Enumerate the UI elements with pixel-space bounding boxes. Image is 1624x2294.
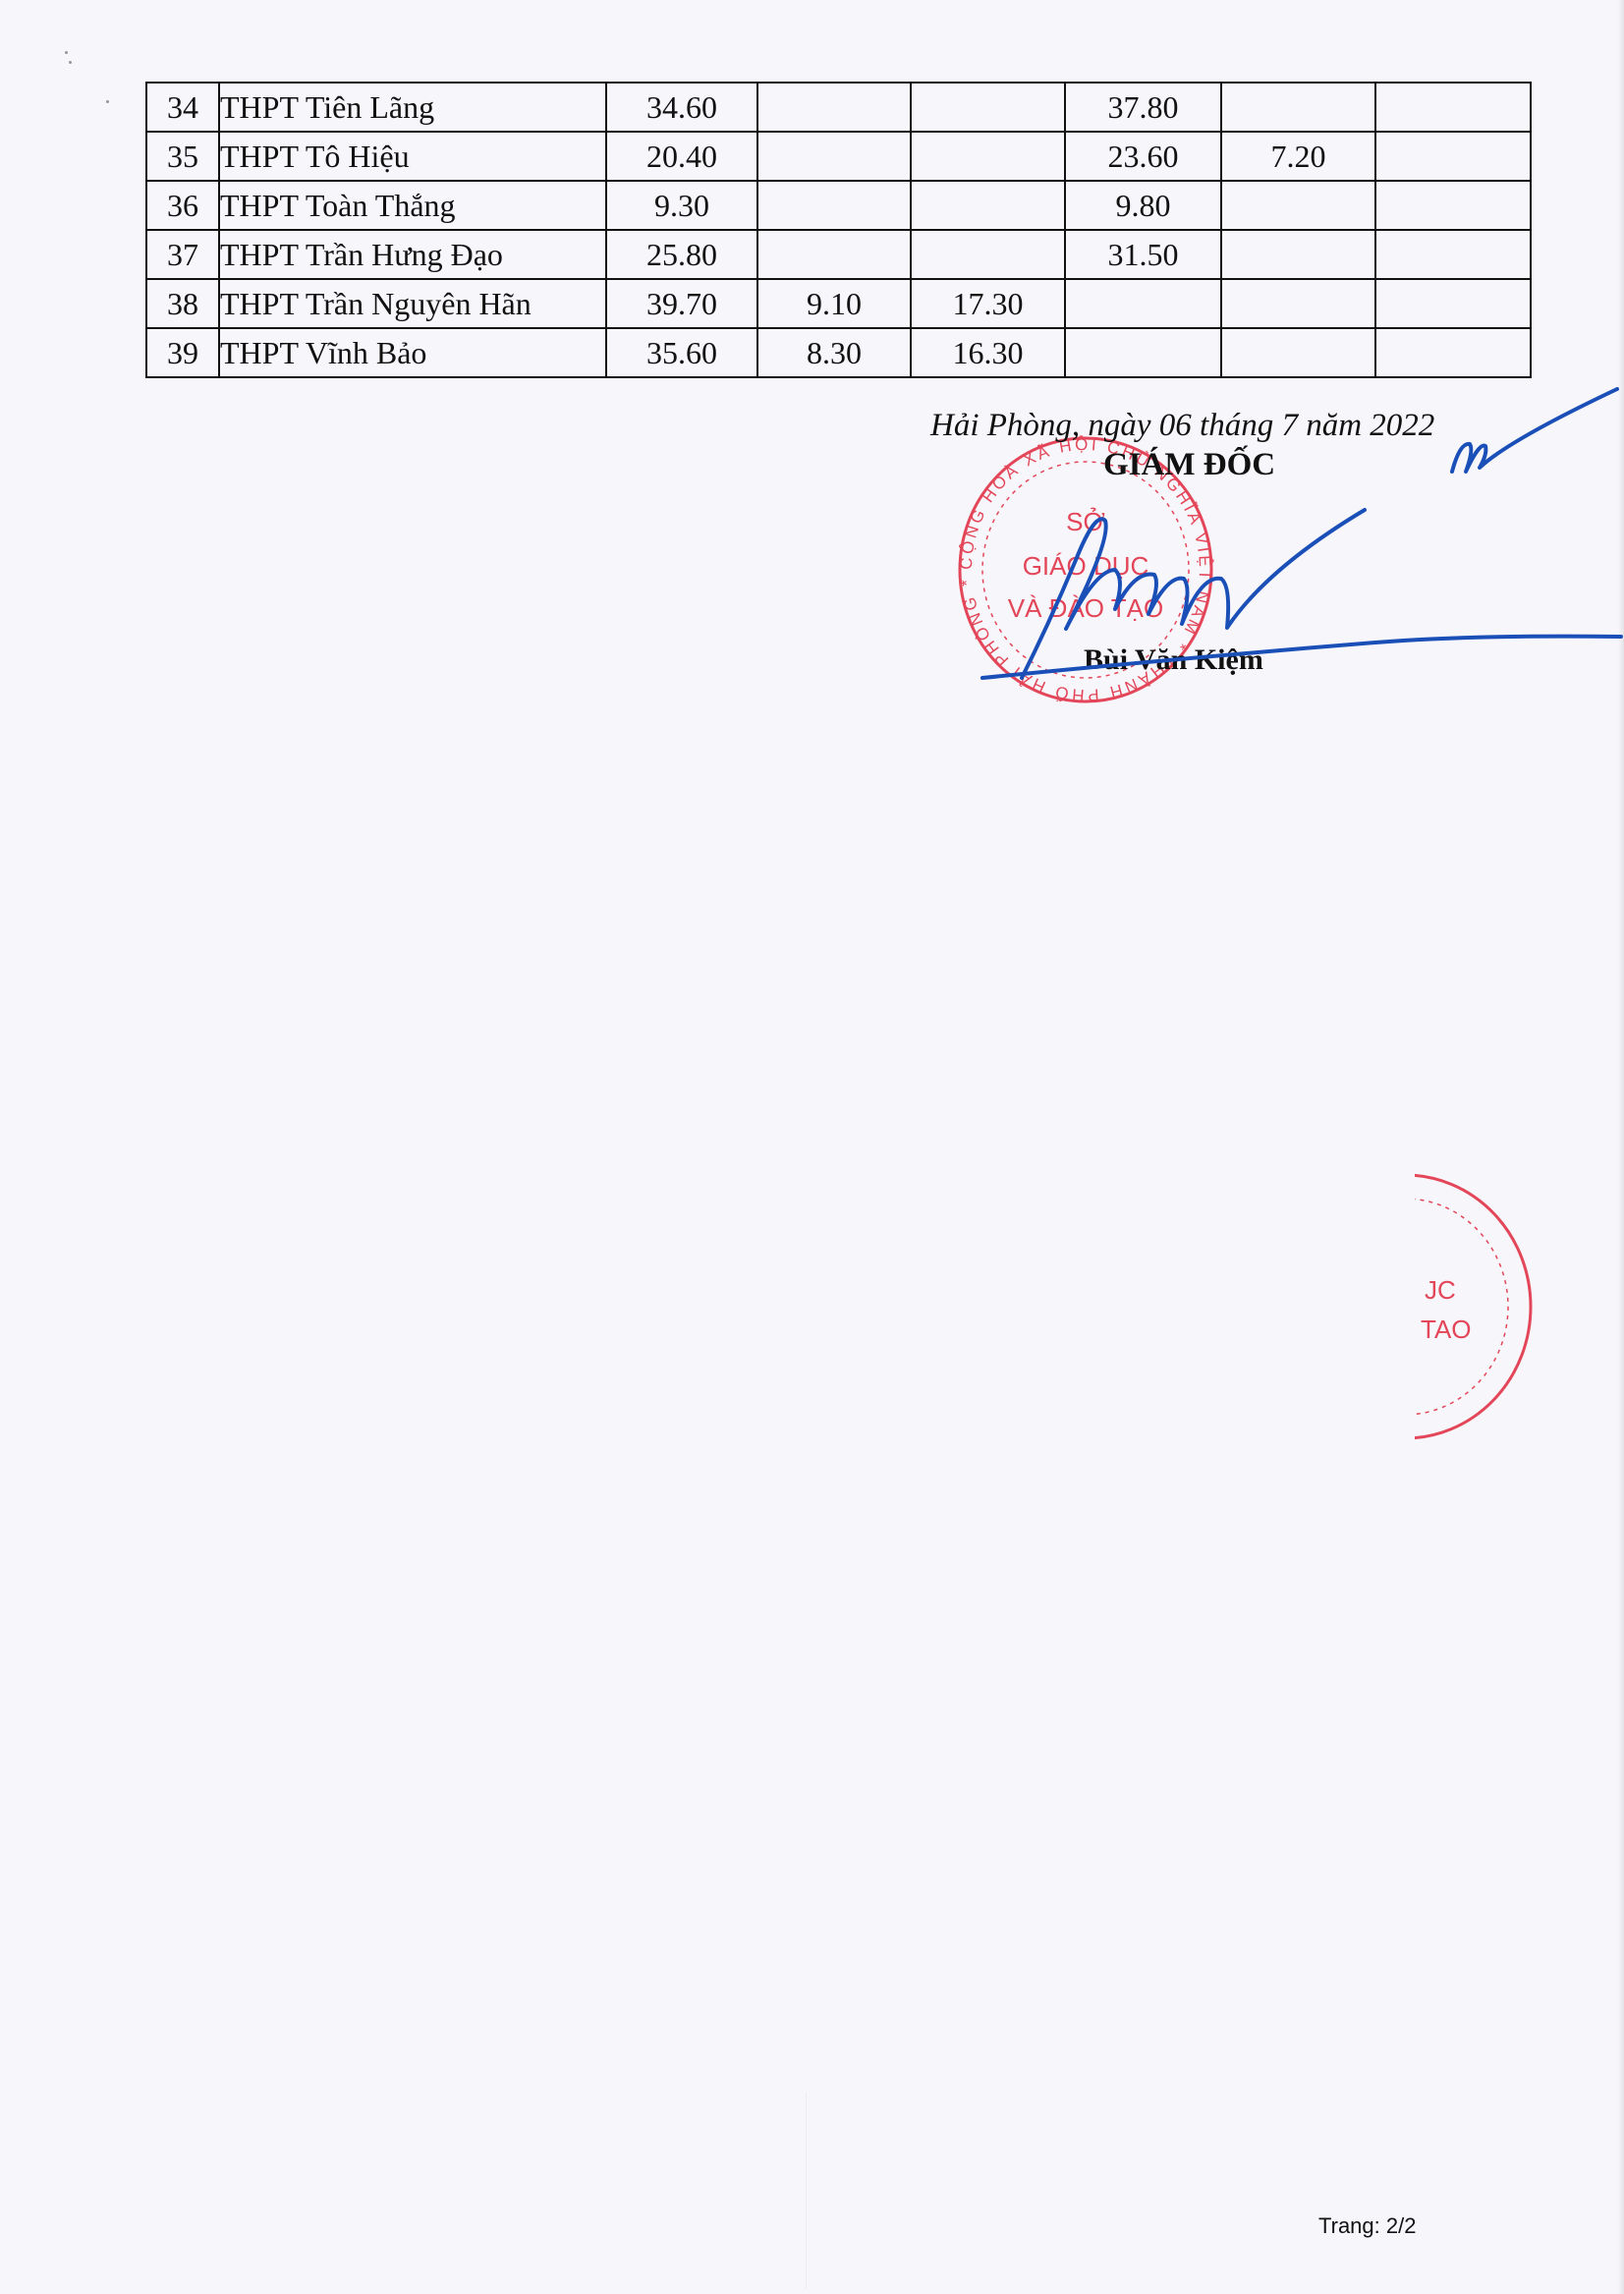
table-row: 38THPT Trần Nguyên Hãn39.709.1017.30 [146,279,1531,328]
score-cell [757,230,911,279]
score-cell: 9.80 [1065,181,1221,230]
score-cell [1221,181,1375,230]
row-number: 38 [146,279,219,328]
school-name: THPT Tô Hiệu [219,132,606,181]
page-edge-stamp-icon: JC TAO [1415,1169,1552,1444]
score-cell: 23.60 [1065,132,1221,181]
score-cell: 9.30 [606,181,757,230]
score-cell [1375,279,1531,328]
score-cell [757,83,911,132]
score-cell: 17.30 [911,279,1065,328]
school-scores-table: 34THPT Tiên Lãng34.6037.8035THPT Tô Hiệu… [145,82,1532,378]
school-name: THPT Toàn Thắng [219,181,606,230]
row-number: 39 [146,328,219,377]
school-name: THPT Vĩnh Bảo [219,328,606,377]
score-cell: 9.10 [757,279,911,328]
score-cell [757,132,911,181]
table-row: 37THPT Trần Hưng Đạo25.8031.50 [146,230,1531,279]
table-row: 34THPT Tiên Lãng34.6037.80 [146,83,1531,132]
row-number: 34 [146,83,219,132]
scan-fold-line [806,2093,807,2289]
score-cell [911,181,1065,230]
table-row: 36THPT Toàn Thắng9.309.80 [146,181,1531,230]
score-cell [1221,83,1375,132]
score-cell [911,230,1065,279]
score-cell: 37.80 [1065,83,1221,132]
svg-text:JC: JC [1425,1275,1456,1305]
table-row: 35THPT Tô Hiệu20.4023.607.20 [146,132,1531,181]
score-cell: 35.60 [606,328,757,377]
score-cell: 34.60 [606,83,757,132]
page-edge-shadow [1618,0,1624,2294]
table-body: 34THPT Tiên Lãng34.6037.8035THPT Tô Hiệu… [146,83,1531,377]
score-cell: 20.40 [606,132,757,181]
score-cell [1375,181,1531,230]
row-number: 37 [146,230,219,279]
score-cell [1375,83,1531,132]
svg-text:TAO: TAO [1421,1315,1472,1344]
row-number: 36 [146,181,219,230]
row-number: 35 [146,132,219,181]
score-cell [1375,132,1531,181]
score-cell: 39.70 [606,279,757,328]
score-cell [1221,279,1375,328]
score-cell [911,132,1065,181]
school-name: THPT Trần Nguyên Hãn [219,279,606,328]
page-number: Trang: 2/2 [1318,2213,1416,2239]
score-cell [1221,230,1375,279]
score-cell: 7.20 [1221,132,1375,181]
score-cell [911,83,1065,132]
score-cell: 25.80 [606,230,757,279]
school-name: THPT Trần Hưng Đạo [219,230,606,279]
school-name: THPT Tiên Lãng [219,83,606,132]
handwritten-signature-icon [973,354,1624,688]
score-cell [1065,279,1221,328]
score-cell: 31.50 [1065,230,1221,279]
score-cell [1375,230,1531,279]
score-cell: 8.30 [757,328,911,377]
score-cell [757,181,911,230]
